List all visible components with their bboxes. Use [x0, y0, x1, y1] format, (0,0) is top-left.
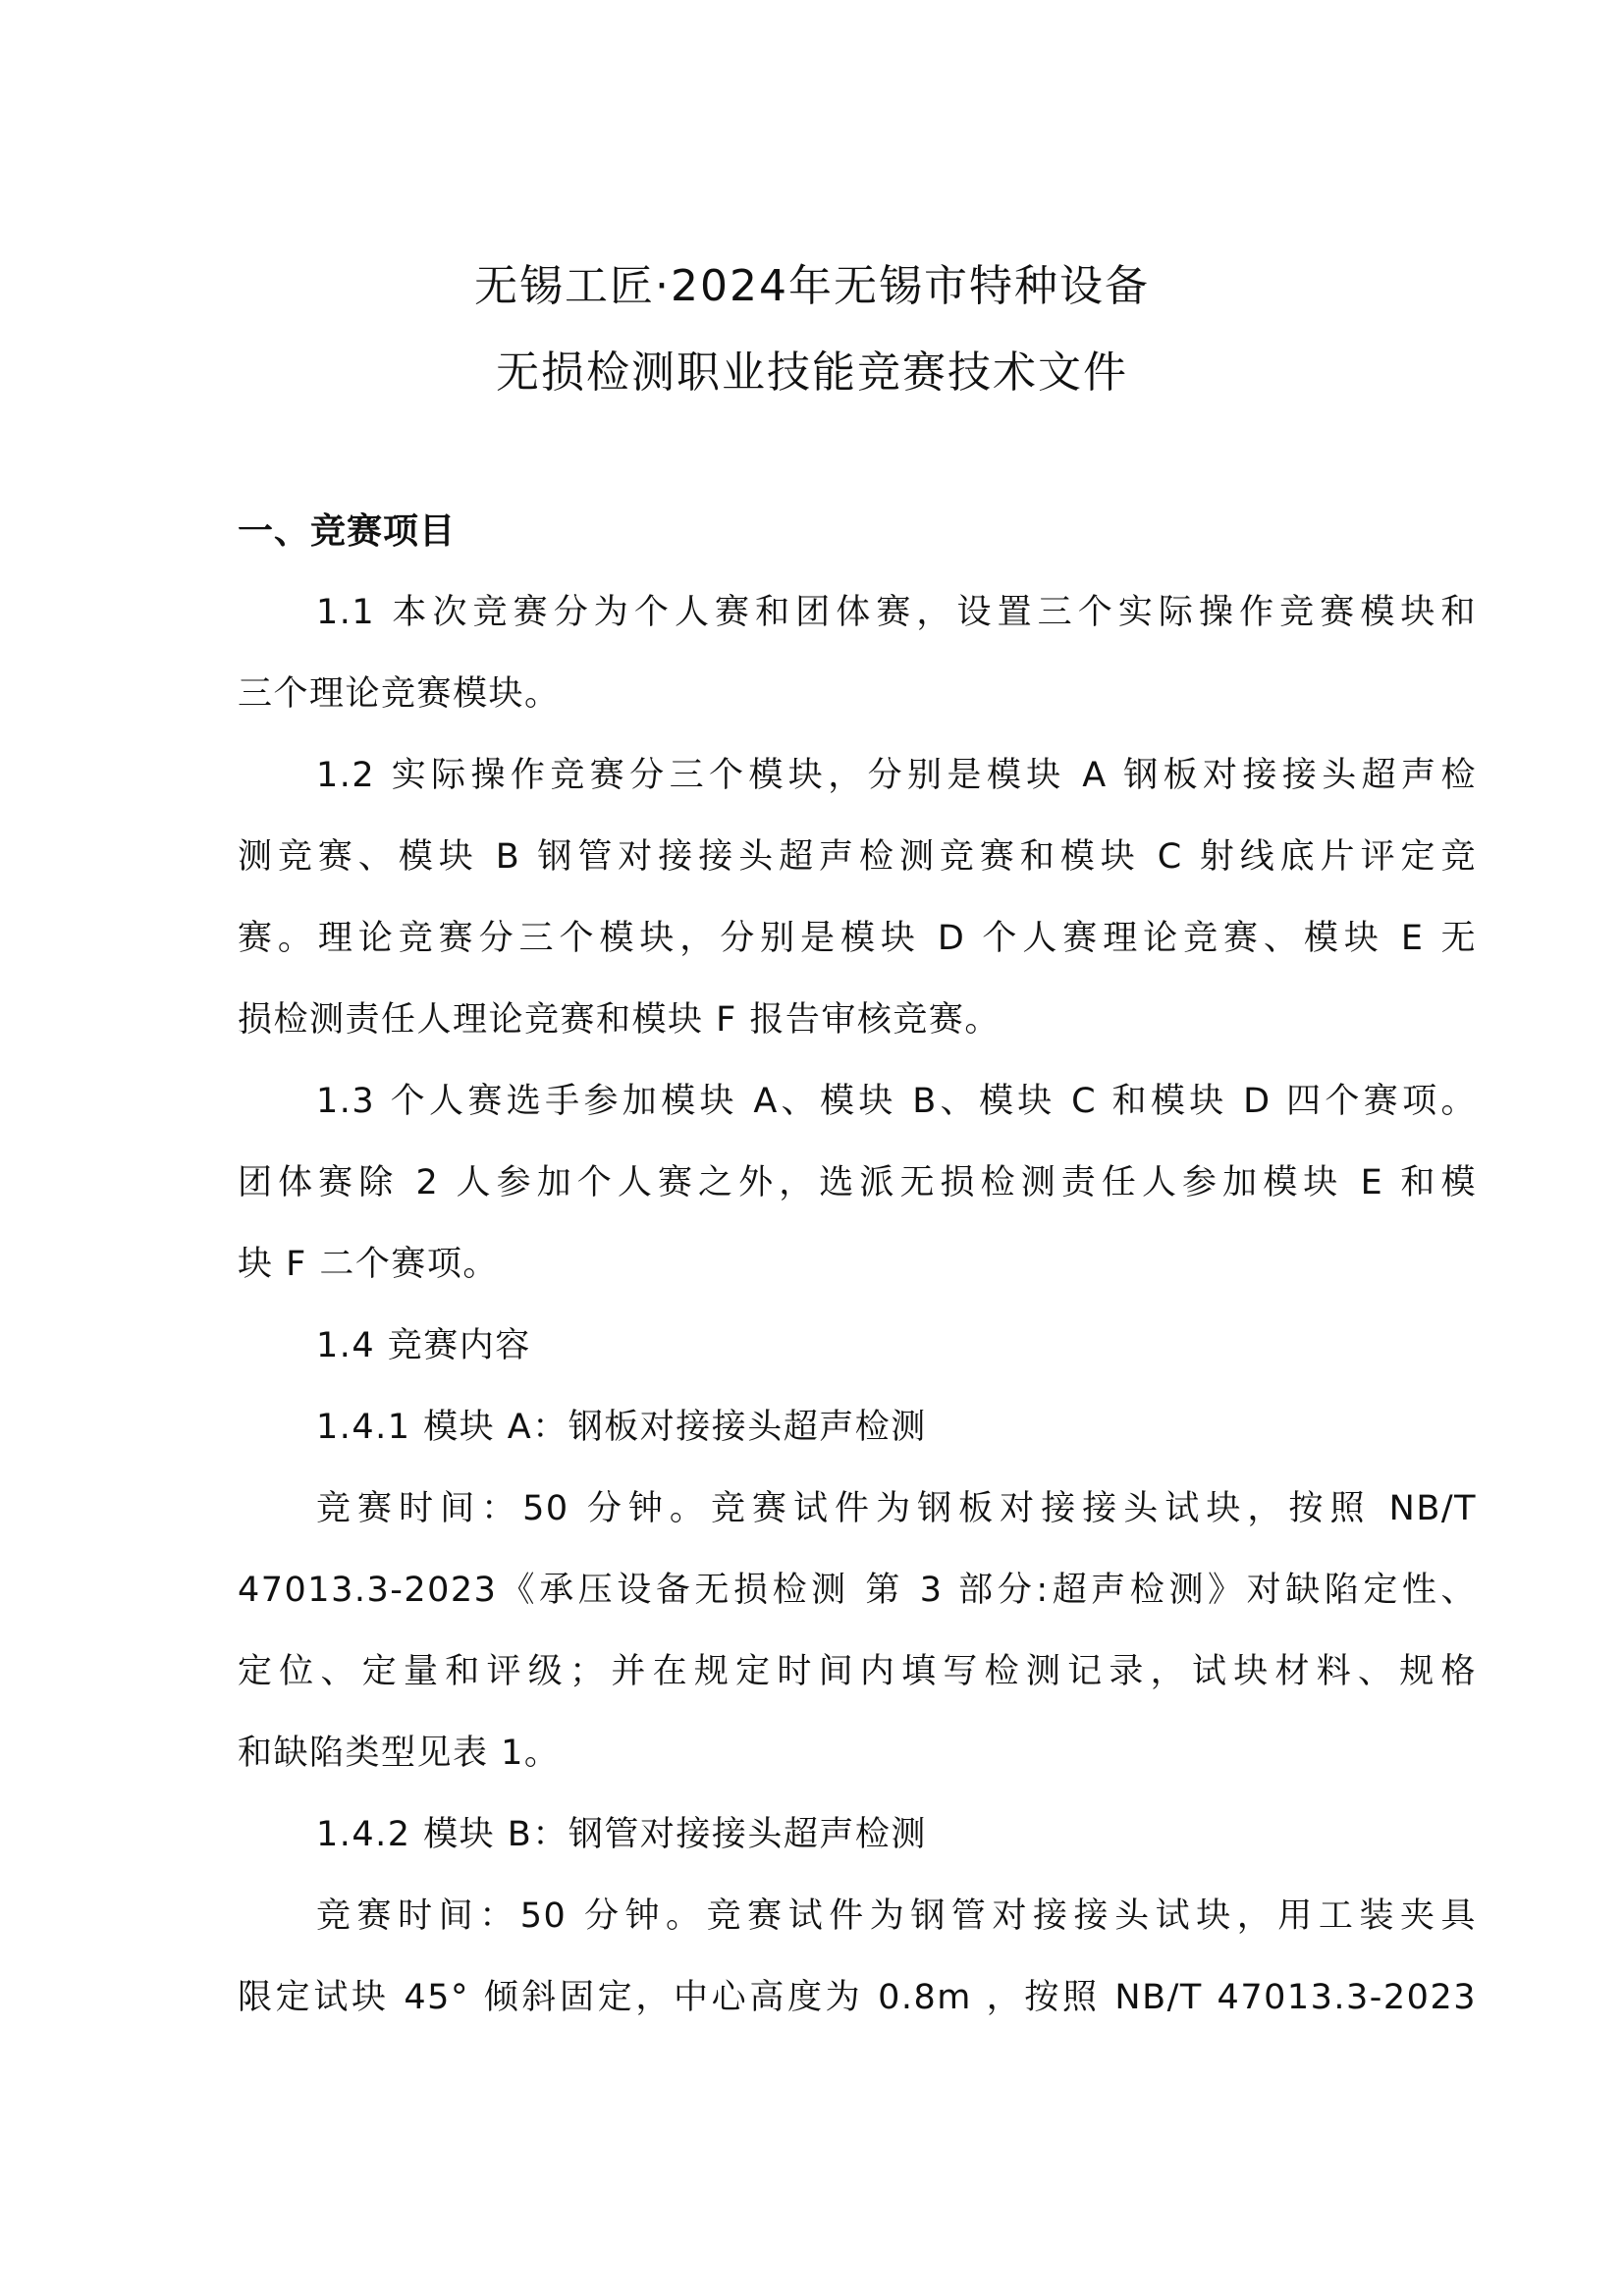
paragraph-line: 团体赛除 2 人参加个人赛之外，选派无损检测责任人参加模块 E 和模	[238, 1143, 1477, 1224]
paragraph-line: 竞赛时间：50 分钟。竞赛试件为钢板对接接头试块，按照 NB/T	[238, 1468, 1477, 1550]
subsection-title: 1.4.1 模块 A：钢板对接接头超声检测	[238, 1387, 1477, 1468]
document-page: 无锡工匠·2024年无锡市特种设备 无损检测职业技能竞赛技术文件 一、竞赛项目 …	[0, 0, 1624, 2296]
paragraph-line: 和缺陷类型见表 1。	[238, 1713, 1477, 1794]
paragraph-line: 损检测责任人理论竞赛和模块 F 报告审核竞赛。	[238, 980, 1477, 1061]
paragraph-1-4-2-body: 竞赛时间：50 分钟。竞赛试件为钢管对接接头试块，用工装夹具 限定试块 45° …	[238, 1876, 1477, 2039]
paragraph-1-4-1-body: 竞赛时间：50 分钟。竞赛试件为钢板对接接头试块，按照 NB/T 47013.3…	[238, 1468, 1477, 1794]
paragraph-line: 1.3 个人赛选手参加模块 A、模块 B、模块 C 和模块 D 四个赛项。	[238, 1061, 1477, 1143]
subsection-1-4-1-title: 1.4.1 模块 A：钢板对接接头超声检测	[238, 1387, 1477, 1468]
subsection-1-4-2-title: 1.4.2 模块 B：钢管对接接头超声检测	[238, 1794, 1477, 1876]
document-body: 一、竞赛项目 1.1 本次竞赛分为个人赛和团体赛，设置三个实际操作竞赛模块和 三…	[238, 491, 1477, 2039]
title-line-2: 无损检测职业技能竞赛技术文件	[0, 330, 1624, 416]
section-heading-competition-items: 一、竞赛项目	[238, 491, 1477, 572]
subsection-title: 1.4.2 模块 B：钢管对接接头超声检测	[238, 1794, 1477, 1876]
paragraph-line: 1.1 本次竞赛分为个人赛和团体赛，设置三个实际操作竞赛模块和	[238, 572, 1477, 654]
paragraph-line: 定位、定量和评级；并在规定时间内填写检测记录，试块材料、规格	[238, 1631, 1477, 1713]
paragraph-line: 47013.3-2023《承压设备无损检测 第 3 部分:超声检测》对缺陷定性、	[238, 1550, 1477, 1631]
subsection-1-4-title: 1.4 竞赛内容	[238, 1306, 1477, 1387]
title-line-1: 无锡工匠·2024年无锡市特种设备	[0, 243, 1624, 330]
document-title: 无锡工匠·2024年无锡市特种设备 无损检测职业技能竞赛技术文件	[0, 243, 1624, 416]
paragraph-1-2: 1.2 实际操作竞赛分三个模块，分别是模块 A 钢板对接接头超声检 测竞赛、模块…	[238, 735, 1477, 1061]
paragraph-line: 赛。理论竞赛分三个模块，分别是模块 D 个人赛理论竞赛、模块 E 无	[238, 898, 1477, 980]
paragraph-1-3: 1.3 个人赛选手参加模块 A、模块 B、模块 C 和模块 D 四个赛项。 团体…	[238, 1061, 1477, 1306]
paragraph-line: 测竞赛、模块 B 钢管对接接头超声检测竞赛和模块 C 射线底片评定竞	[238, 817, 1477, 898]
paragraph-line: 限定试块 45° 倾斜固定，中心高度为 0.8m ，按照 NB/T 47013.…	[238, 1957, 1477, 2039]
paragraph-1-1: 1.1 本次竞赛分为个人赛和团体赛，设置三个实际操作竞赛模块和 三个理论竞赛模块…	[238, 572, 1477, 735]
paragraph-line: 竞赛时间：50 分钟。竞赛试件为钢管对接接头试块，用工装夹具	[238, 1876, 1477, 1957]
paragraph-line: 1.2 实际操作竞赛分三个模块，分别是模块 A 钢板对接接头超声检	[238, 735, 1477, 817]
subsection-title: 1.4 竞赛内容	[238, 1306, 1477, 1387]
paragraph-line: 三个理论竞赛模块。	[238, 654, 1477, 735]
paragraph-line: 块 F 二个赛项。	[238, 1224, 1477, 1306]
